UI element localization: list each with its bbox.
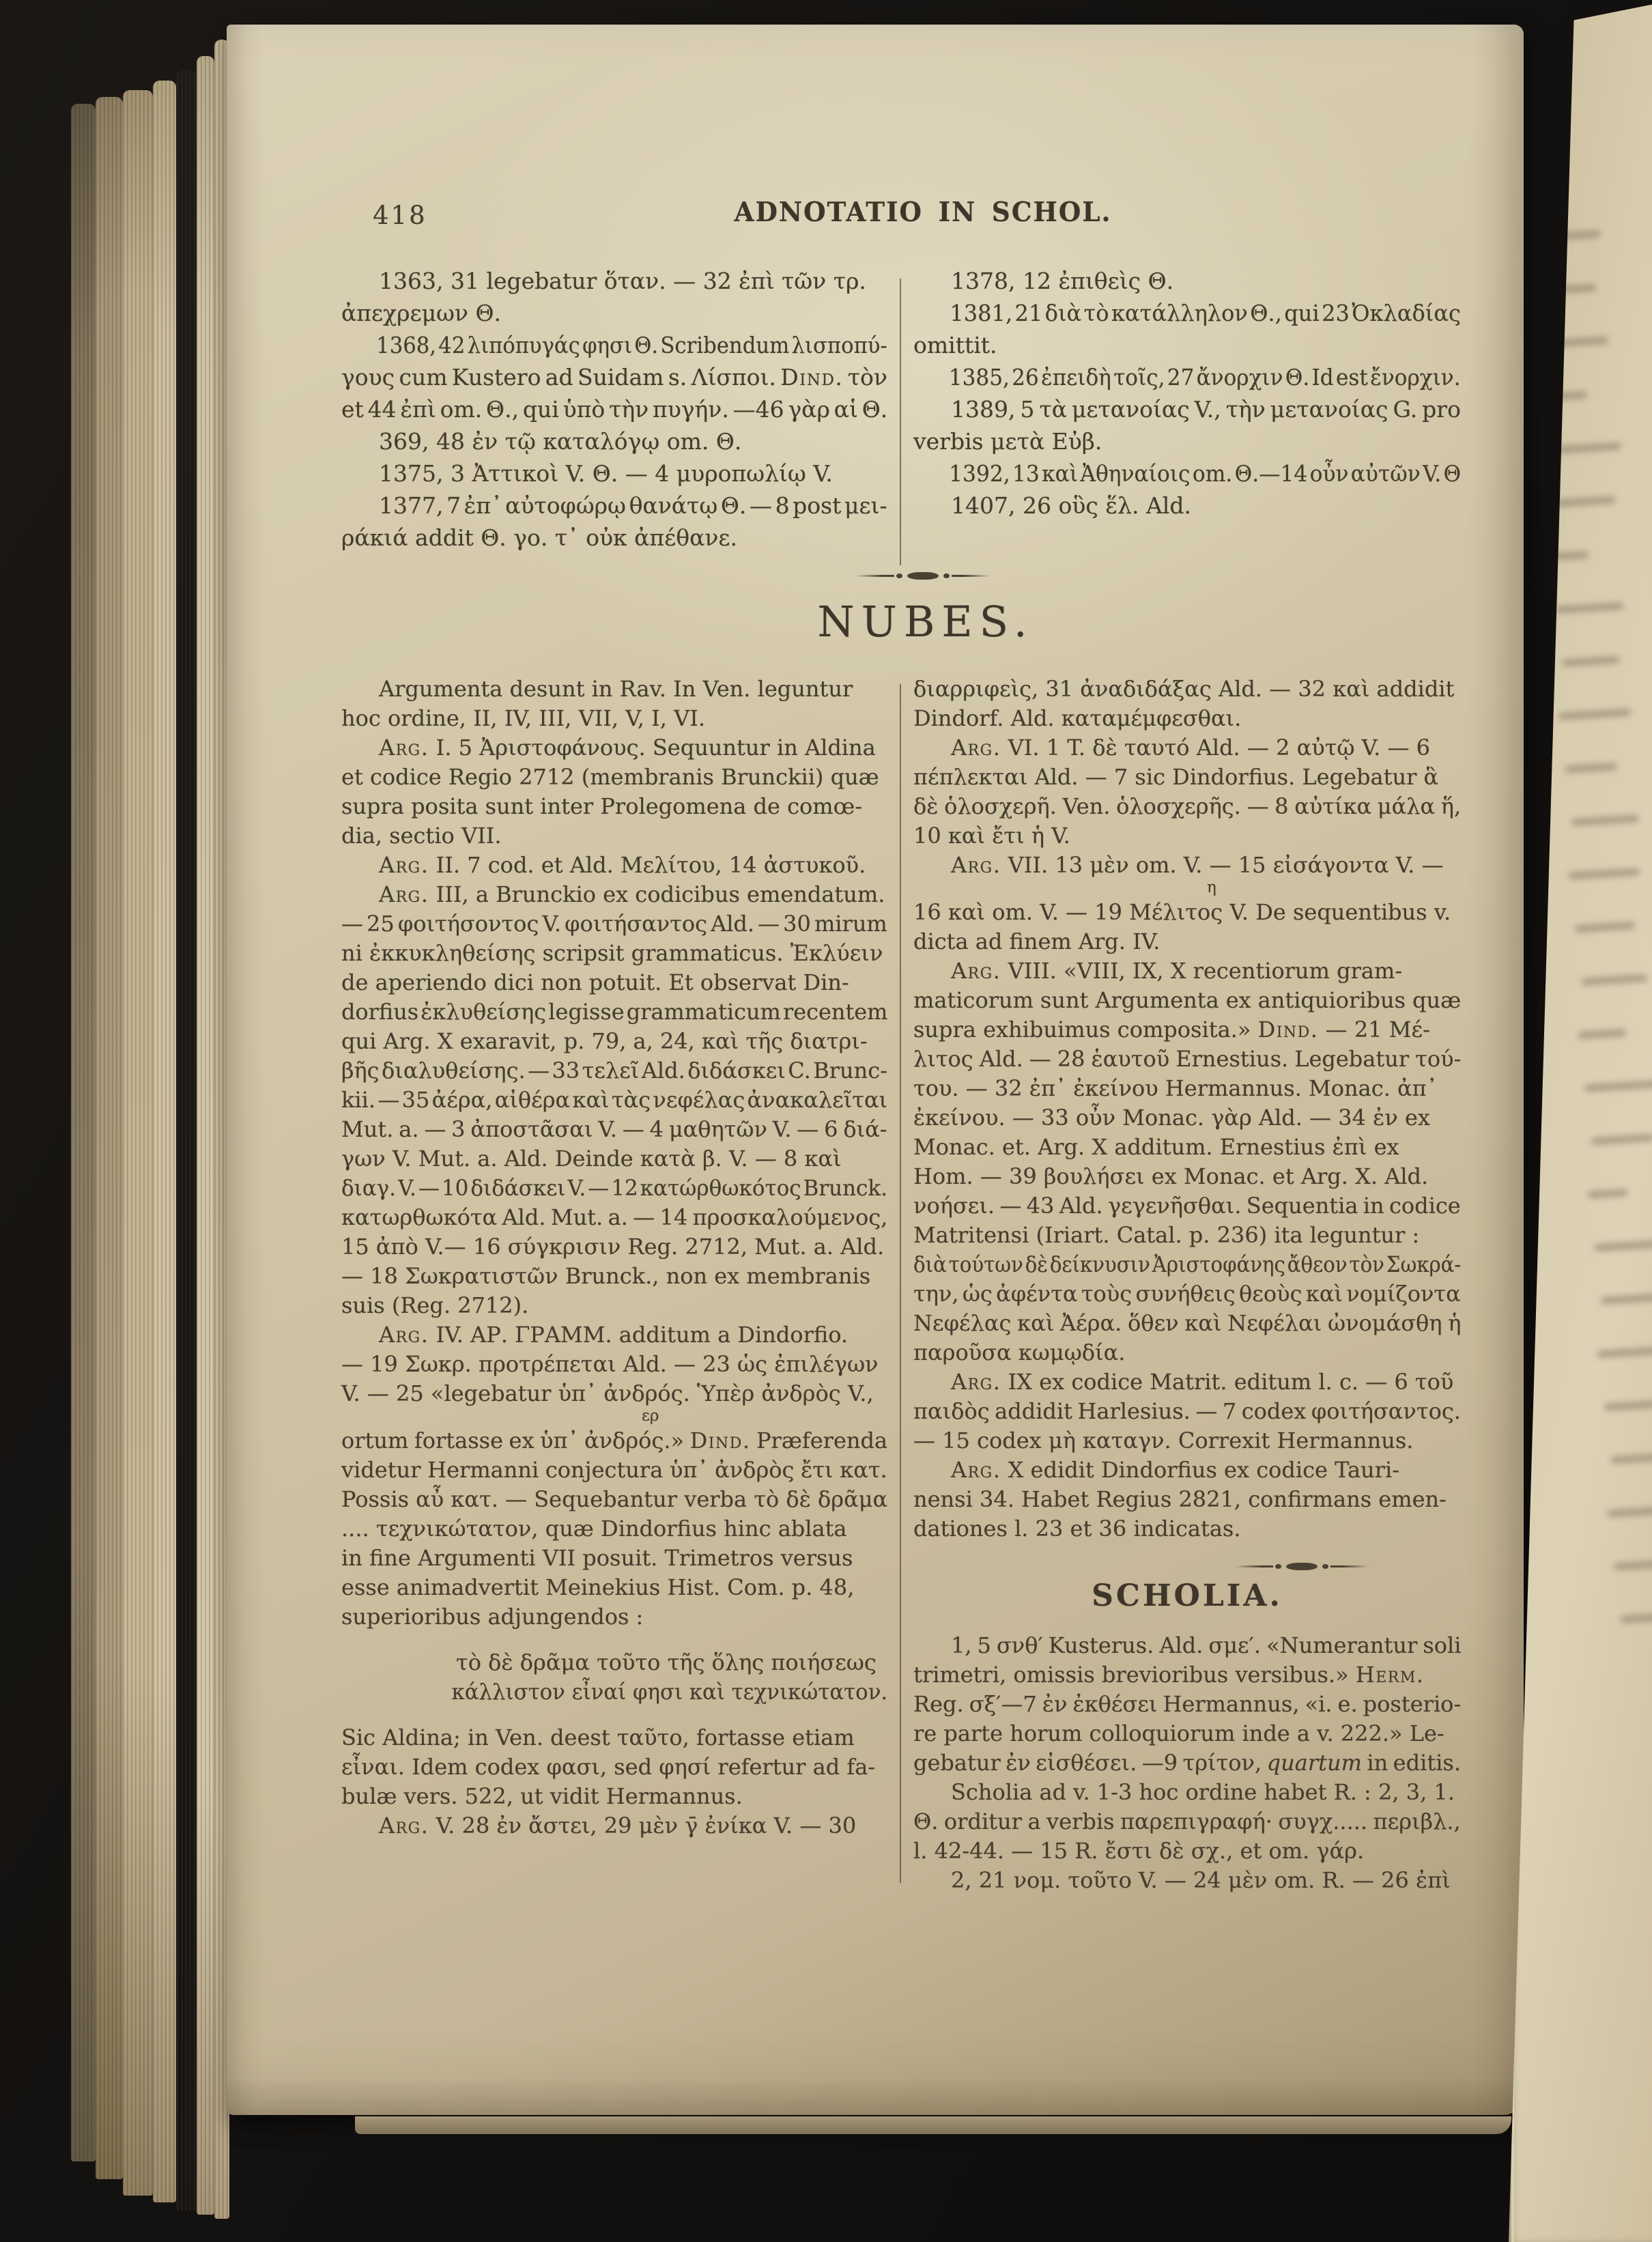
text-line: et 44 ἐπὶ om. Θ., qui ὑπὸ τὴν πυγήν. —46… bbox=[341, 393, 887, 425]
scholia-heading: SCHOLIA. bbox=[913, 1578, 1461, 1613]
page-edge-strip bbox=[123, 90, 153, 2196]
adnotatio-continuation-section: 1363, 31 legebatur ὅταν. — 32 ἐπὶ τῶν τρ… bbox=[341, 265, 1461, 586]
text-line: de aperiendo dici non potuit. Et observa… bbox=[341, 968, 887, 997]
book-page: 418 ADNOTATIO IN SCHOL. 1363, 31 legebat… bbox=[227, 25, 1524, 2115]
nubes-left-column: Argumenta desunt in Rav. In Ven. leguntu… bbox=[341, 675, 887, 1841]
text-line: ἐκείνου. — 33 οὖν Monac. γὰρ Ald. — 34 ἐ… bbox=[913, 1103, 1461, 1133]
text-line: διαρριφεὶς, 31 ἀναδιδάξας Ald. — 32 καὶ … bbox=[913, 675, 1461, 704]
text-line: 1378, 12 ἐπιθεὶς Θ. bbox=[913, 265, 1461, 297]
text-line: ερ bbox=[341, 1408, 887, 1426]
text-line: ni ἐκκυκληθείσης scripsit grammaticus. Ἐ… bbox=[341, 939, 887, 968]
text-line: dia, sectio VII. bbox=[341, 821, 887, 851]
text-line: trimetri, omissis brevioribus versibus.»… bbox=[913, 1660, 1461, 1690]
text-line: Arg. VII. 13 μὲν om. V. — 15 εἰσάγοντα V… bbox=[913, 851, 1461, 880]
column-divider-rule bbox=[900, 279, 901, 565]
text-line: maticorum sunt Argumenta ex antiquioribu… bbox=[913, 986, 1461, 1015]
text-line: 1381, 21 διὰ τὸ κατάλληλον Θ., qui 23 Ὀκ… bbox=[913, 297, 1445, 329]
text-line: Possis αὖ κατ. — Sequebantur verba τὸ δὲ… bbox=[341, 1485, 887, 1514]
text-line: — 15 codex μὴ καταγν. Correxit Hermannus… bbox=[913, 1426, 1461, 1456]
text-line: 10 καὶ ἔτι ἡ V. bbox=[913, 821, 1461, 851]
text-line: Monac. et. Arg. X additum. Ernestius ἐπὶ… bbox=[913, 1133, 1461, 1162]
text-line: 1407, 26 οὓς ἕλ. Ald. bbox=[913, 489, 1461, 522]
text-line: — 18 Σωκρατιστῶν Brunck., non ex membran… bbox=[341, 1262, 887, 1291]
book-page-edge-right bbox=[1507, 0, 1652, 2242]
text-line: τὸ δὲ δρᾶμα τοῦτο τῆς ὅλης ποιήσεως bbox=[341, 1648, 887, 1677]
text-line: verbis μετὰ Εὐβ. bbox=[913, 425, 1461, 457]
nubes-right-column: διαρριφεὶς, 31 ἀναδιδάξας Ald. — 32 καὶ … bbox=[913, 675, 1461, 1895]
text-line: την, ὡς ἀφέντα τοὺς συνήθεις θεοὺς καὶ ν… bbox=[913, 1279, 1461, 1309]
top-left-column: 1363, 31 legebatur ὅταν. — 32 ἐπὶ τῶν τρ… bbox=[341, 265, 887, 554]
text-line: 1375, 3 Ἀττικοὶ V. Θ. — 4 μυροπωλίῳ V. bbox=[341, 457, 887, 489]
text-line: videtur Hermanni conjectura ὑπ᾽ ἀνδρὸς ἔ… bbox=[341, 1456, 887, 1485]
page-edge-strip bbox=[96, 97, 123, 2179]
text-line: 1389, 5 τὰ μετανοίας V., τὴν μετανοίας G… bbox=[913, 393, 1461, 425]
text-line: η bbox=[913, 880, 1461, 898]
text-line: dicta ad finem Arg. IV. bbox=[913, 927, 1461, 956]
text-line: Mut. a. — 3 ἀποστᾶσαι V. — 4 μαθητῶν V. … bbox=[341, 1115, 887, 1144]
text-line: Reg. σξ′—7 ἐν ἐκθέσει Hermannus, «i. e. … bbox=[913, 1690, 1461, 1719]
page-edge-strip bbox=[176, 70, 197, 2211]
text-line: βῆς διαλυθείσης. — 33 τελεῖ Ald. διδάσκε… bbox=[341, 1056, 887, 1085]
text-line: Arg. III, a Brunckio ex codicibus emenda… bbox=[341, 880, 887, 909]
text-line: δὲ ὁλοσχερῆ. Ven. ὁλοσχερῆς. — 8 αὐτίκα … bbox=[913, 792, 1461, 821]
text-line: Arg. VI. 1 T. δὲ ταυτό Ald. — 2 αὐτῷ V. … bbox=[913, 733, 1461, 763]
text-line: kii. — 35 ἀέρα, αἰθέρα καὶ τὰς νεφέλας ἀ… bbox=[341, 1085, 887, 1115]
column-divider-rule bbox=[900, 684, 901, 1883]
text-line: V. — 25 «legebatur ὑπ᾽ ἀνδρός. Ὑπὲρ ἀνδρ… bbox=[341, 1379, 887, 1408]
text-line: ἀπεχρεμων Θ. bbox=[341, 297, 887, 329]
text-line: ράκιά addit Θ. γο. τ᾽ οὐκ ἀπέθανε. bbox=[341, 522, 887, 554]
text-line: Matritensi (Iriart. Catal. p. 236) ita l… bbox=[913, 1221, 1461, 1250]
section-title: NUBES. bbox=[366, 597, 1485, 647]
text-line: Arg. IX ex codice Matrit. editum l. c. —… bbox=[913, 1367, 1461, 1397]
section-divider-ornament bbox=[1028, 1563, 1576, 1570]
text-line bbox=[341, 1632, 887, 1648]
text-line: re parte horum colloquiorum inde a v. 22… bbox=[913, 1719, 1461, 1748]
text-line bbox=[341, 1707, 887, 1723]
page-edge-strip bbox=[153, 81, 176, 2202]
text-line: νοήσει. — 43 Ald. γεγενῆσθαι. Sequentia … bbox=[913, 1191, 1461, 1221]
next-page-blurred-text bbox=[1526, 183, 1652, 1623]
text-line: παιδὸς addidit Harlesius. — 7 codex φοιτ… bbox=[913, 1397, 1461, 1426]
text-line: superioribus adjungendos : bbox=[341, 1602, 887, 1632]
text-line: ortum fortasse ex ὑπ᾽ ἀνδρός.» Dind. Præ… bbox=[341, 1426, 887, 1456]
text-line: Hom. — 39 βουλήσει ex Monac. et Arg. X. … bbox=[913, 1162, 1461, 1191]
text-line: διὰ τούτων δὲ δείκνυσιν Ἀριστοφάνης ἄθεο… bbox=[913, 1250, 1413, 1279]
text-line: γους cum Kustero ad Suidam s. Λίσποι. Di… bbox=[341, 361, 887, 393]
text-line: Arg. VIII. «VIII, IX, X recentiorum gram… bbox=[913, 956, 1461, 986]
text-line: l. 42-44. — 15 R. ἔστι δὲ σχ., et om. γά… bbox=[913, 1836, 1461, 1866]
text-line: — 19 Σωκρ. προτρέπεται Ald. — 23 ὡς ἐπιλ… bbox=[341, 1350, 887, 1379]
text-line: 1385, 26 ἐπειδὴ τοῖς, 27 ἄνορχιν Θ. Id e… bbox=[913, 361, 1429, 393]
text-line: esse animadvertit Meinekius Hist. Com. p… bbox=[341, 1573, 887, 1602]
page-edge-strip bbox=[71, 104, 96, 2161]
text-line: et codice Regio 2712 (membranis Brunckii… bbox=[341, 763, 887, 792]
text-line: 1, 5 σνθ′ Kusterus. Ald. σμε′. «Numerant… bbox=[913, 1631, 1461, 1660]
text-line: 1363, 31 legebatur ὅταν. — 32 ἐπὶ τῶν τρ… bbox=[341, 265, 887, 297]
text-line: bulæ vers. 522, ut vidit Hermannus. bbox=[341, 1782, 887, 1811]
section-divider-ornament bbox=[363, 572, 1483, 580]
nubes-right-column-upper: διαρριφεὶς, 31 ἀναδιδάξας Ald. — 32 καὶ … bbox=[913, 675, 1461, 1544]
text-line: Arg. X edidit Dindorfius ex codice Tauri… bbox=[913, 1456, 1461, 1485]
text-line: 2, 21 νομ. τοῦτο V. — 24 μὲν om. R. — 26… bbox=[913, 1866, 1461, 1895]
text-line: Θ. orditur a verbis παρεπιγραφή· συγχ...… bbox=[913, 1807, 1461, 1836]
text-line: gebatur ἐν εἰσθέσει. —9 τρίτον, quartum … bbox=[913, 1748, 1461, 1778]
text-line: dorfius ἐκλυθείσης legisse grammaticum r… bbox=[341, 997, 886, 1027]
text-line: Argumenta desunt in Rav. In Ven. leguntu… bbox=[341, 675, 887, 704]
text-line: Arg. V. 28 ἐν ἄστει, 29 μὲν γ̄ ἐνίκα V. … bbox=[341, 1811, 887, 1841]
text-line: παροῦσα κωμῳδία. bbox=[913, 1338, 1461, 1367]
text-line: dationes l. 23 et 36 indicatas. bbox=[913, 1514, 1461, 1544]
page-edge-strip bbox=[197, 56, 214, 2215]
text-line: in fine Argumenti VII posuit. Trimetros … bbox=[341, 1544, 887, 1573]
text-line: supra exhibuimus composita.» Dind. — 21 … bbox=[913, 1015, 1461, 1045]
top-right-column: 1378, 12 ἐπιθεὶς Θ.1381, 21 διὰ τὸ κατάλ… bbox=[913, 265, 1461, 522]
text-line: .... τεχνικώτατον, quæ Dindorfius hinc a… bbox=[341, 1514, 887, 1544]
text-line: qui Arg. X exaravit, p. 79, a, 24, καὶ τ… bbox=[341, 1027, 887, 1056]
scholia-paragraphs: 1, 5 σνθ′ Kusterus. Ald. σμε′. «Numerant… bbox=[913, 1631, 1461, 1895]
text-line: 1377, 7 ἐπ᾽ αὐτοφώρῳ θανάτῳ Θ. — 8 post … bbox=[341, 489, 887, 522]
text-line: Dindorf. Ald. καταμέμφεσθαι. bbox=[913, 704, 1461, 733]
text-line: hoc ordine, II, IV, III, VII, V, I, VI. bbox=[341, 704, 887, 733]
text-line: Arg. I. 5 Ἀριστοφάνους. Sequuntur in Ald… bbox=[341, 733, 887, 763]
text-line: 1368, 42 λιπόπυγάς φησι Θ. Scribendum λι… bbox=[341, 329, 849, 361]
text-line: κατωρθωκότα Ald. Mut. a. — 14 προσκαλούμ… bbox=[341, 1203, 887, 1232]
text-line: 15 ἀπὸ V.— 16 σύγκρισιν Reg. 2712, Mut. … bbox=[341, 1232, 887, 1262]
text-line: omittit. bbox=[913, 329, 1461, 361]
text-line: 16 καὶ om. V. — 19 Μέλιτος V. De sequent… bbox=[913, 898, 1461, 927]
text-line: suis (Reg. 2712). bbox=[341, 1291, 887, 1320]
book-scan: 418 ADNOTATIO IN SCHOL. 1363, 31 legebat… bbox=[0, 0, 1652, 2242]
text-line: 1392, 13 καὶ Ἀθηναίοις om. Θ.—14 οὖν αὐτ… bbox=[913, 457, 1432, 489]
running-header: ADNOTATIO IN SCHOL. bbox=[386, 197, 1460, 228]
text-line: κάλλιστον εἶναί φησι καὶ τεχνικώτατον. bbox=[341, 1677, 866, 1707]
text-line: Arg. II. 7 cod. et Ald. Μελίτου, 14 ἀστυ… bbox=[341, 851, 887, 880]
text-line: του. — 32 ἐπ᾽ ἐκείνου Hermannus. Monac. … bbox=[913, 1074, 1461, 1103]
text-line: nensi 34. Habet Regius 2821, confirmans … bbox=[913, 1485, 1461, 1514]
text-line: πέπλεκται Ald. — 7 sic Dindorfius. Legeb… bbox=[913, 763, 1461, 792]
text-line: εἶναι. Idem codex φασι, sed φησί refertu… bbox=[341, 1753, 887, 1782]
text-line: Νεφέλας καὶ Ἀέρα. ὅθεν καὶ Νεφέλαι ὠνομά… bbox=[913, 1309, 1461, 1338]
text-line: γων V. Mut. a. Ald. Deinde κατὰ β. V. — … bbox=[341, 1144, 887, 1174]
text-line: διαγ. V. — 10 διδάσκει V. — 12 κατώρθωκό… bbox=[341, 1174, 870, 1203]
text-line: — 25 φοιτήσοντος V. φοιτήσαντος Ald. — 3… bbox=[341, 909, 887, 939]
bottom-page-edge bbox=[355, 2116, 1511, 2134]
text-line: Arg. IV. ΑΡ. ΓΡΑΜΜ. additum a Dindorfio. bbox=[341, 1320, 887, 1350]
text-line: λιτος Ald. — 28 ἑαυτοῦ Ernestius. Legeba… bbox=[913, 1045, 1461, 1074]
text-line: Sic Aldina; in Ven. deest ταῦτο, fortass… bbox=[341, 1723, 887, 1753]
text-line: supra posita sunt inter Prolegomena de c… bbox=[341, 792, 887, 821]
text-line: 369, 48 ἐν τῷ καταλόγῳ om. Θ. bbox=[341, 425, 887, 457]
text-line: Scholia ad v. 1-3 hoc ordine habet R. : … bbox=[913, 1778, 1461, 1807]
